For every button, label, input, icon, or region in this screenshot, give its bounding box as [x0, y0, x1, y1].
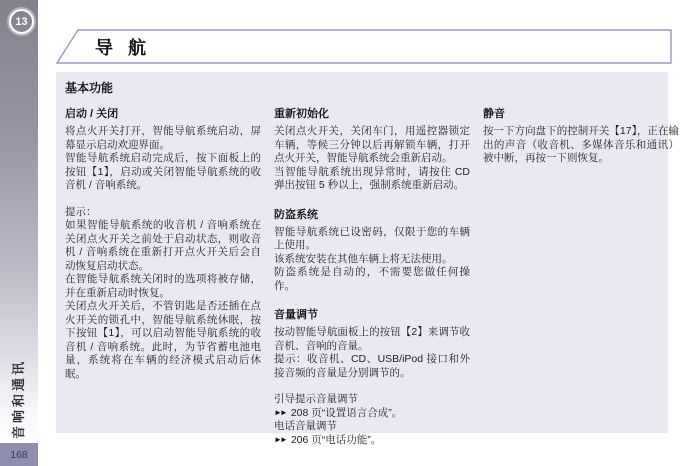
page-number-box: 168 — [0, 443, 38, 466]
para-note-label: 提示： — [65, 206, 261, 220]
para-guide-volume-label: 引导提示音量调节 — [274, 393, 470, 407]
heading-antitheft-system: 防盗系统 — [274, 206, 470, 222]
para: 当智能导航系统出现异常时，请按住 CD 弹出按钮 5 秒以上，强制系统重新启动。 — [274, 166, 470, 193]
nav-title-box: 导 航 — [56, 29, 673, 64]
para: 按动智能导航面板上的按钮【2】来调节收音机、音响的音量。 — [274, 326, 470, 353]
column-mute: 静音 按一下方向盘下的控制开关【17】，正在输出的声音（收音机、多媒体音乐和通讯… — [483, 105, 679, 447]
page-ref-icon: ►► — [274, 433, 286, 447]
para: 如果智能导航系统的收音机 / 音响系统在关闭点火开关之前处于启动状态，则收音机 … — [65, 219, 261, 273]
content-panel: 基本功能 启动 / 关闭 将点火开关打开，智能导航系统启动，屏幕显示启动欢迎界面… — [56, 72, 668, 433]
chapter-vertical-label: 音响和通讯 — [8, 359, 27, 439]
page-number: 168 — [10, 449, 28, 461]
para: 按一下方向盘下的控制开关【17】，正在输出的声音（收音机、多媒体音乐和通讯）被中… — [483, 125, 679, 166]
page-ref-icon: ►► — [274, 406, 286, 420]
heading-reinitialize: 重新初始化 — [274, 105, 470, 121]
section-title-basic-functions: 基本功能 — [65, 79, 659, 96]
chapter-number-badge: 13 — [9, 9, 34, 34]
page-ref-text: 208 页“设置语言合成”。 — [291, 407, 402, 419]
columns: 启动 / 关闭 将点火开关打开，智能导航系统启动，屏幕显示启动欢迎界面。 智能导… — [65, 105, 659, 447]
column-start-stop: 启动 / 关闭 将点火开关打开，智能导航系统启动，屏幕显示启动欢迎界面。 智能导… — [65, 105, 261, 447]
para: 在智能导航系统关闭时的选项将被存储，并在重新启动时恢复。 — [65, 273, 261, 300]
para: 将点火开关打开，智能导航系统启动，屏幕显示启动欢迎界面。 — [65, 125, 261, 152]
para: 关闭点火开关后，不管钥匙是否还插在点火开关的锁孔中，智能导航系统休眠，按下按钮【… — [65, 300, 261, 381]
column-reinit-antitheft-volume: 重新初始化 关闭点火开关，关闭车门，用遥控器锁定车辆，等候三分钟以后再解锁车辆，… — [274, 105, 470, 447]
heading-mute: 静音 — [483, 105, 679, 121]
heading-start-close: 启动 / 关闭 — [65, 105, 261, 121]
para: 该系统安装在其他车辆上将无法使用。 — [274, 253, 470, 267]
chapter-sidebar: 13 音响和通讯 — [0, 0, 38, 441]
chapter-number: 13 — [15, 16, 27, 28]
para-phone-volume-label: 电话音量调节 — [274, 420, 470, 434]
page-reference: ►►206 页“电话功能”。 — [274, 434, 470, 448]
para: 防盗系统是自动的，不需要您做任何操作。 — [274, 266, 470, 293]
page-reference: ►►208 页“设置语言合成”。 — [274, 407, 470, 421]
page-ref-text: 206 页“电话功能”。 — [291, 434, 381, 446]
para: 关闭点火开关，关闭车门，用遥控器锁定车辆，等候三分钟以后再解锁车辆，打开点火开关… — [274, 125, 470, 166]
heading-volume-adjust: 音量调节 — [274, 306, 470, 322]
para: 智能导航系统已设密码，仅限于您的车辆上使用。 — [274, 226, 470, 253]
page-title: 导 航 — [95, 34, 151, 60]
para: 智能导航系统启动完成后，按下面板上的按钮【1】，启动或关闭智能导航系统的收音机 … — [65, 152, 261, 193]
para: 提示：收音机、CD、USB/iPod 接口和外接音频的音量是分别调节的。 — [274, 353, 470, 380]
